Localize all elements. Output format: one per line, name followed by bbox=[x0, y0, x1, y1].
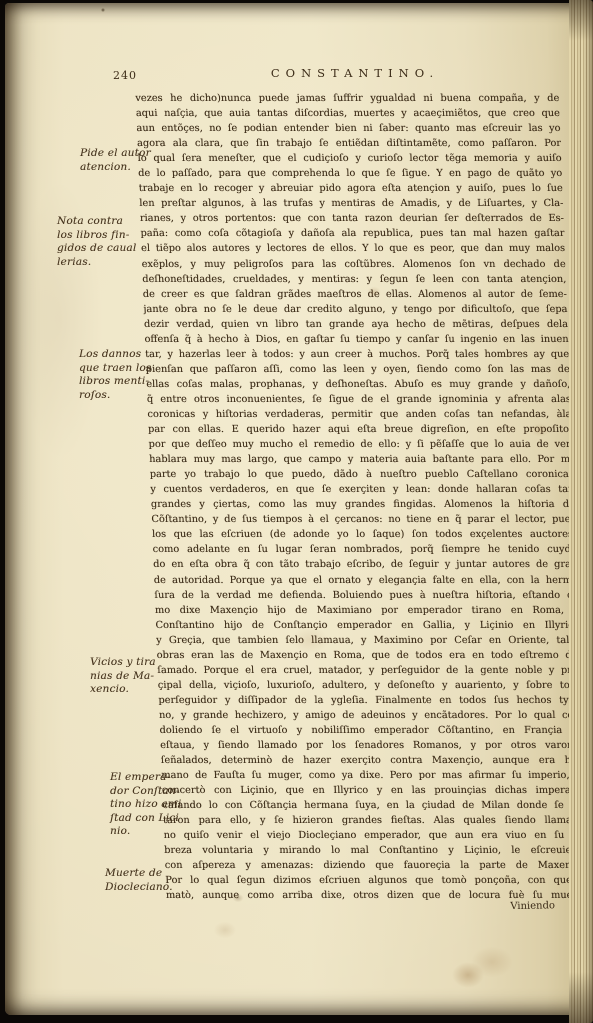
text-line: Conſtantino hijo de Conſtançio emperador… bbox=[155, 618, 580, 633]
text-line: taron para ello, y ſe hizieron grandes f… bbox=[163, 813, 588, 828]
text-line: perſeguidor y diſſipador de la ygleſia. … bbox=[158, 693, 583, 708]
catchword: Viniendo bbox=[5, 900, 555, 923]
margin-note-line: Vicios y tira bbox=[90, 656, 156, 670]
text-line: eſtaua, y ſiendo llamado por los ſenador… bbox=[160, 738, 585, 753]
text-line: do en eſta obra q̃ con tãto trabajo eſcr… bbox=[153, 557, 578, 572]
text-line: agora ala clara, que ſin trabajo ſe enti… bbox=[137, 136, 562, 151]
margin-note: Vicios y tiranias de Ma-xencio. bbox=[90, 656, 156, 697]
text-line: paña: como coſa cõtagioſa y dañoſa ala r… bbox=[140, 226, 565, 241]
text-line: aqui naſçia, que auia tantas diſcordias,… bbox=[136, 106, 561, 121]
text-line: trabaje en lo recoger y abreuiar pido ag… bbox=[138, 181, 563, 196]
text-line: caſando lo con Cõſtançia hermana ſuya, e… bbox=[162, 798, 587, 813]
margin-note-line: xencio. bbox=[90, 683, 156, 697]
margin-note-line: Muerte de bbox=[105, 867, 173, 881]
text-line: hablara muy mas largo, que campo y mater… bbox=[149, 452, 574, 467]
running-title: CONSTANTINO. bbox=[155, 66, 555, 80]
text-line: mano de Fauſta ſu muger, como ya dixe. P… bbox=[161, 768, 586, 783]
text-line: lo qual ſera meneſter, que el cudiçioſo … bbox=[137, 151, 562, 166]
text-line: por que deſſeo muy mucho el remedio de e… bbox=[148, 437, 573, 452]
text-line: y Greçia, que tambien ſelo llamaua, y Ma… bbox=[156, 633, 581, 648]
text-line: obras eran las de Maxençio en Roma, que … bbox=[156, 648, 581, 663]
text-line: çipal della, viçioſo, luxurioſo, adulter… bbox=[158, 678, 583, 693]
margin-note: Nota contralos libros fin-gidos de caual… bbox=[57, 215, 136, 269]
text-line: el tiẽpo alos autores y lectores de ello… bbox=[141, 241, 566, 256]
margin-note-line: roſos. bbox=[79, 389, 152, 403]
text-line: como adelante en ſu lugar ſeran nombrado… bbox=[152, 542, 577, 557]
margin-note-line: que traen los bbox=[79, 362, 152, 376]
text-line: exẽplos, y muy peligroſos para las coſtũ… bbox=[141, 257, 566, 272]
text-line: parte yo trabajo lo que puedo, dãdo à nu… bbox=[149, 467, 574, 482]
body-text: vezes he dicho)nunca puede jamas ſuffrir… bbox=[135, 91, 590, 904]
text-line: grandes y çiertas, como las muy grandes … bbox=[151, 497, 576, 512]
text-line: ſeñalados, determinò de hazer exerçito c… bbox=[160, 753, 585, 768]
folio-number: 240 bbox=[113, 69, 137, 82]
book-page: 240 CONSTANTINO. Pide el autoratencion.N… bbox=[5, 3, 593, 1015]
text-line: deſhoneſtidades, crueldades, y mentiras:… bbox=[142, 272, 567, 287]
text-line: con aſpereza y amenazas: diziendo que fa… bbox=[164, 858, 589, 873]
text-line: dezir verdad, quien vn libro tan grande … bbox=[144, 317, 569, 332]
margin-note-line: los libros fin- bbox=[57, 229, 136, 243]
margin-note-line: lerias. bbox=[57, 256, 136, 270]
text-line: no, y grande hechizero, y amigo de adeui… bbox=[159, 708, 584, 723]
text-line: ſamado. Porque el era cruel, matador, y … bbox=[157, 663, 582, 678]
text-line: rianes, y otros portentos: que con tanta… bbox=[140, 211, 565, 226]
text-line: mo dixe Maxençio hijo de Maximiano por e… bbox=[155, 603, 580, 618]
text-line: de lo paſſado, para que comprehenda lo q… bbox=[138, 166, 563, 181]
text-line: doliendo ſe el virtuoſo y nobiliſſimo em… bbox=[159, 723, 584, 738]
margin-note: Muerte deDiocleciano. bbox=[105, 867, 173, 894]
book-photo: 240 CONSTANTINO. Pide el autoratencion.N… bbox=[0, 0, 593, 1023]
margin-note-line: libros menti- bbox=[79, 375, 152, 389]
text-line: aun entõçes, no ſe podian entender bien … bbox=[136, 121, 561, 136]
text-line: de creer es que ſaldran grãdes maeſtros … bbox=[143, 287, 568, 302]
text-line: pienſan que paſſaron aſſi, como las leen… bbox=[145, 362, 570, 377]
fore-edge-pages bbox=[569, 0, 593, 1023]
text-line: par con ellas. E querido hazer aqui eſta… bbox=[148, 422, 573, 437]
margin-note: Los dannosque traen loslibros menti-roſo… bbox=[79, 348, 152, 402]
text-line: ſura de la verdad me defienda. Boluiendo… bbox=[154, 588, 579, 603]
text-line: jante obra no ſe le deue dar credito alg… bbox=[143, 302, 568, 317]
text-line: ellas coſas malas, prophanas, y deſhoneſ… bbox=[146, 377, 571, 392]
text-line: no quiſo venir el viejo Diocleçiano empe… bbox=[163, 828, 588, 843]
margin-note-line: gidos de caual bbox=[57, 242, 136, 256]
text-line: breza voluntaria y mirando lo mal Conſta… bbox=[164, 843, 589, 858]
text-line: Cõſtantino, y de ſus tiempos à el çercan… bbox=[151, 512, 576, 527]
text-line: Por lo qual ſegun dizimos eſcriuen algun… bbox=[165, 873, 590, 888]
text-line: concertò con Liçinio, que en Illyrico y … bbox=[162, 783, 587, 798]
margin-note-line: Diocleciano. bbox=[105, 881, 173, 895]
text-line: tar, y hazerlas leer à todos: y aun cree… bbox=[145, 347, 570, 362]
text-line: y cuentos verdaderos, en que ſe exerçite… bbox=[150, 482, 575, 497]
text-line: offenſa q̃ à hecho à Dios, en gaſtar ſu … bbox=[144, 332, 569, 347]
text-line: los que las eſcriuen (de adonde yo lo ſa… bbox=[152, 527, 577, 542]
text-line: len preſtar algunos, à las trufas y ment… bbox=[139, 196, 564, 211]
text-line: de autoridad. Porque ya que el ornato y … bbox=[153, 573, 578, 588]
margin-note-line: nias de Ma- bbox=[90, 670, 156, 684]
margin-note-line: Los dannos bbox=[79, 348, 152, 362]
text-line: coronicas y hiſtorias verdaderas, permit… bbox=[147, 407, 572, 422]
margin-note-line: Nota contra bbox=[57, 215, 136, 229]
text-line: q̃ entre otros inconuenientes, ſe ſigue … bbox=[147, 392, 572, 407]
text-line: vezes he dicho)nunca puede jamas ſuffrir… bbox=[135, 91, 560, 106]
